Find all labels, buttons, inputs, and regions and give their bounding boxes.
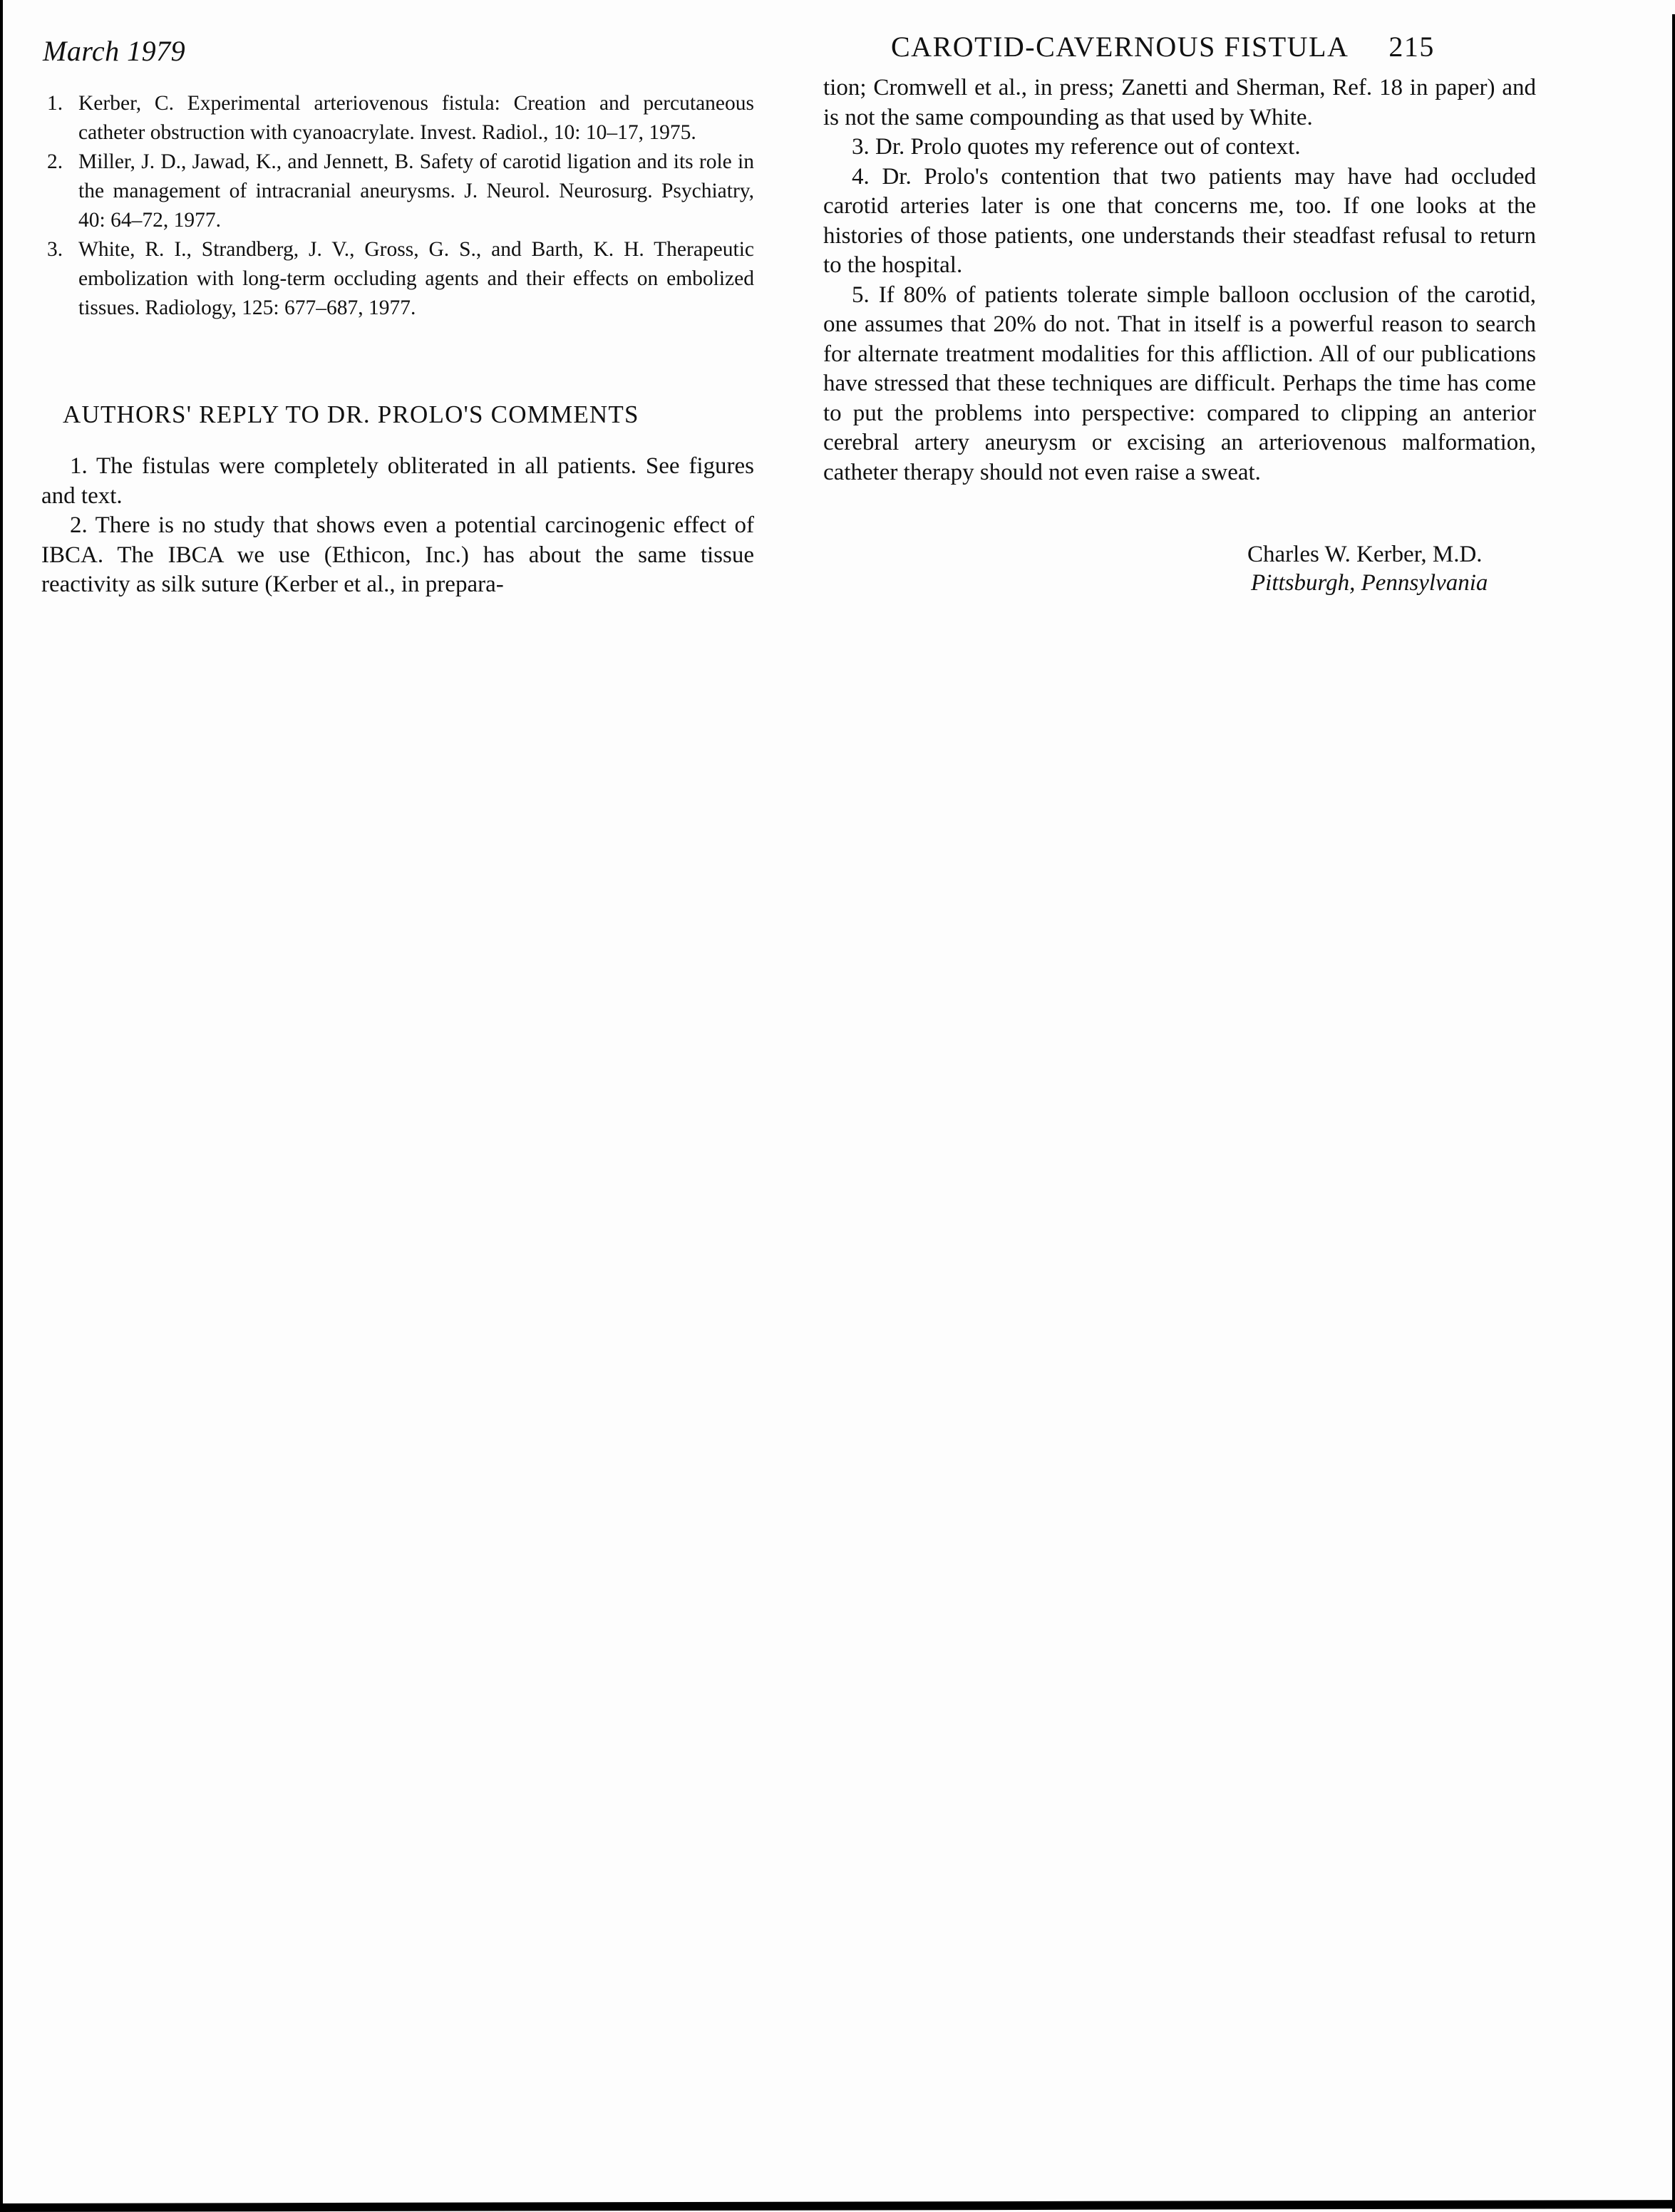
reply-paragraph: 1. The fistulas were completely oblitera… — [41, 452, 754, 511]
reference-item: 3. White, R. I., Strandberg, J. V., Gros… — [41, 235, 754, 323]
reply-paragraph: 4. Dr. Prolo's contention that two patie… — [823, 162, 1536, 281]
scan-border-bottom — [0, 2200, 1675, 2212]
author-location: Pittsburgh, Pennsylvania — [1251, 570, 1488, 596]
reference-text: White, R. I., Strandberg, J. V., Gross, … — [78, 238, 754, 319]
running-head-title: CAROTID-CAVERNOUS FISTULA215 — [891, 30, 1435, 63]
reply-paragraph: 2. There is no study that shows even a p… — [41, 511, 754, 600]
reference-list: 1. Kerber, C. Experimental arteriovenous… — [41, 89, 754, 323]
scan-border-left — [0, 0, 3, 2212]
reply-paragraph: 3. Dr. Prolo quotes my reference out of … — [823, 133, 1536, 162]
reference-item: 2. Miller, J. D., Jawad, K., and Jennett… — [41, 148, 754, 235]
reference-text: Kerber, C. Experimental arteriovenous fi… — [78, 92, 754, 144]
reference-number: 2. — [47, 148, 63, 177]
author-name: Charles W. Kerber, M.D. — [1247, 542, 1483, 568]
reply-body-left: 1. The fistulas were completely oblitera… — [41, 452, 754, 600]
reference-item: 1. Kerber, C. Experimental arteriovenous… — [41, 89, 754, 148]
reference-number: 3. — [47, 235, 63, 264]
page-number: 215 — [1388, 31, 1435, 63]
section-heading: AUTHORS' REPLY TO DR. PROLO'S COMMENTS — [63, 400, 754, 429]
reference-number: 1. — [47, 89, 63, 118]
reply-paragraph-continued: tion; Cromwell et al., in press; Zanetti… — [823, 73, 1536, 133]
reference-text: Miller, J. D., Jawad, K., and Jennett, B… — [78, 150, 754, 232]
reply-body-right: tion; Cromwell et al., in press; Zanetti… — [823, 73, 1536, 487]
scan-border-right — [1672, 14, 1675, 2212]
running-head-date: March 1979 — [43, 34, 185, 68]
reply-paragraph: 5. If 80% of patients tolerate simple ba… — [823, 281, 1536, 488]
running-head-journal-section: CAROTID-CAVERNOUS FISTULA — [891, 31, 1349, 63]
